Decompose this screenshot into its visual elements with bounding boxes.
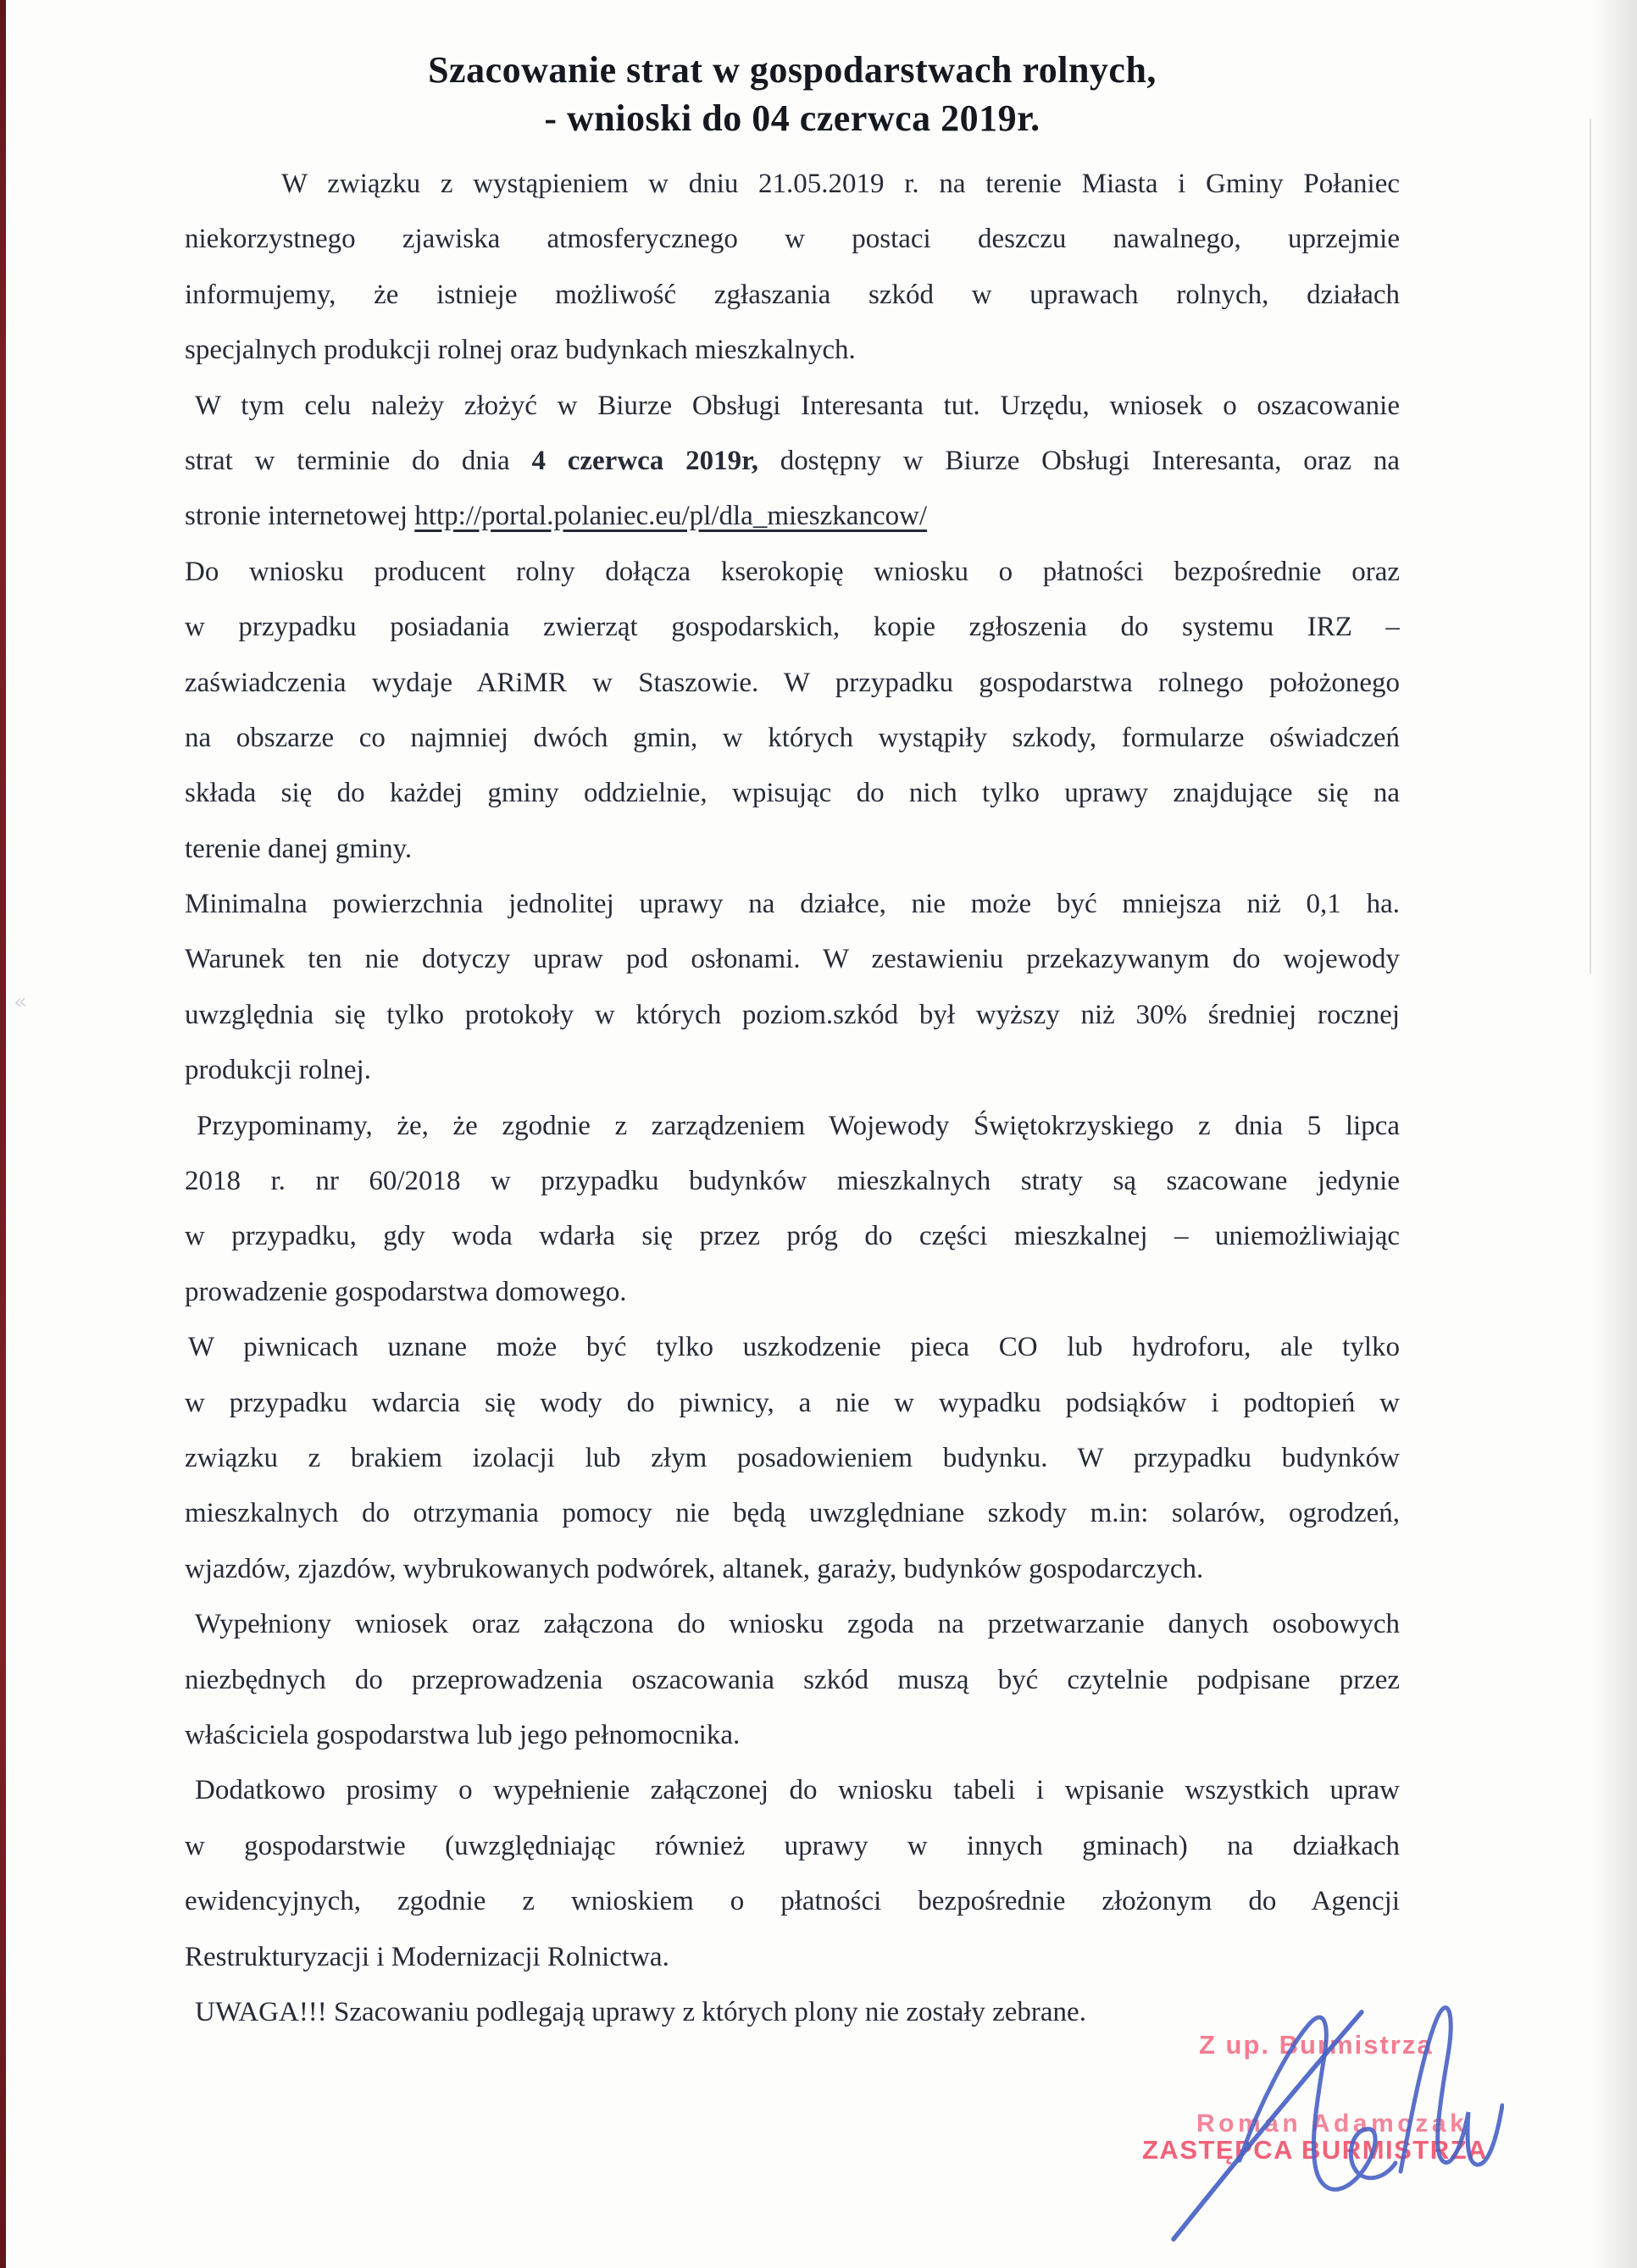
document-line: w przypadku wdarcia się wody do piwnicy,… xyxy=(185,1376,1400,1431)
document-line: ewidencyjnych, zgodnie z wnioskiem o pła… xyxy=(185,1874,1400,1929)
line-text: Dodatkowo prosimy o wypełnienie załączon… xyxy=(195,1775,1400,1805)
line-text: Minimalna powierzchnia jednolitej uprawy… xyxy=(185,889,1400,919)
line-text: stronie internetowej xyxy=(185,501,414,531)
document-line: W piwnicach uznane może być tylko uszkod… xyxy=(185,1320,1400,1375)
document-line: stronie internetowej http://portal.polan… xyxy=(185,489,1400,544)
scanned-document-page: { "title": { "line1": "Szacowanie strat … xyxy=(0,0,1637,2268)
document-title-line1: Szacowanie strat w gospodarstwach rolnyc… xyxy=(185,46,1400,94)
stamp-signer-name: Roman Adamczak xyxy=(1196,2110,1468,2138)
line-text: związku z brakiem izolacji lub złym posa… xyxy=(185,1443,1400,1473)
document-line: uwzględnia się tylko protokoły w których… xyxy=(185,988,1400,1043)
scan-edge-right-line xyxy=(1590,119,1591,974)
document-line: niezbędnych do przeprowadzenia oszacowan… xyxy=(185,1653,1400,1708)
line-text: W piwnicach uznane może być tylko uszkod… xyxy=(188,1332,1400,1362)
deadline-emphasis: 4 czerwca 2019r, xyxy=(531,446,758,476)
scan-edge-right-shadow xyxy=(1591,0,1637,2268)
line-text: w przypadku posiadania zwierząt gospodar… xyxy=(185,612,1400,642)
line-text: wjazdów, zjazdów, wybrukowanych podwórek… xyxy=(185,1554,1203,1584)
document-line: prowadzenie gospodarstwa domowego. xyxy=(185,1265,1400,1320)
document-line: Dodatkowo prosimy o wypełnienie załączon… xyxy=(185,1763,1400,1818)
scan-speck: « xyxy=(12,989,29,1016)
line-text: Przypominamy, że, że zgodnie z zarządzen… xyxy=(197,1111,1400,1141)
document-line: informujemy, że istnieje możliwość zgłas… xyxy=(185,268,1400,323)
scan-edge-left-strip xyxy=(0,0,6,2268)
line-text: w gospodarstwie (uwzględniając również u… xyxy=(185,1831,1400,1861)
document-line: Minimalna powierzchnia jednolitej uprawy… xyxy=(185,877,1400,932)
document-line: na obszarze co najmniej dwóch gmin, w kt… xyxy=(185,711,1400,766)
line-text: UWAGA!!! Szacowaniu podlegają uprawy z k… xyxy=(195,1997,1086,2027)
stamp-delegation: Z up. Burmistrza xyxy=(1199,2030,1434,2060)
line-text: terenie danej gminy. xyxy=(185,834,412,864)
line-text: W związku z wystąpieniem w dniu 21.05.20… xyxy=(281,169,1400,199)
document-line: związku z brakiem izolacji lub złym posa… xyxy=(185,1431,1400,1486)
line-text: prowadzenie gospodarstwa domowego. xyxy=(185,1277,626,1307)
document-line: składa się do każdej gminy oddzielnie, w… xyxy=(185,766,1400,821)
portal-link[interactable]: http://portal.polaniec.eu/pl/dla_mieszka… xyxy=(414,501,927,531)
line-text: dostępny w Biurze Obsługi Interesanta, o… xyxy=(758,446,1400,476)
document-line: strat w terminie do dnia 4 czerwca 2019r… xyxy=(185,434,1400,489)
line-text: strat w terminie do dnia xyxy=(185,446,531,476)
line-text: niezbędnych do przeprowadzenia oszacowan… xyxy=(185,1665,1400,1695)
stamp-signer-position: ZASTĘPCA BURMISTRZA xyxy=(1142,2135,1488,2165)
line-text: specjalnych produkcji rolnej oraz budynk… xyxy=(185,335,856,365)
document-line: Restrukturyzacji i Modernizacji Rolnictw… xyxy=(185,1930,1400,1985)
line-text: uwzględnia się tylko protokoły w których… xyxy=(185,1000,1400,1030)
line-text: niekorzystnego zjawiska atmosferycznego … xyxy=(185,224,1400,254)
document-line: W związku z wystąpieniem w dniu 21.05.20… xyxy=(185,157,1400,212)
document-line: specjalnych produkcji rolnej oraz budynk… xyxy=(185,323,1400,378)
document-line: 2018 r. nr 60/2018 w przypadku budynków … xyxy=(185,1154,1400,1209)
document-title-line2: - wnioski do 04 czerwca 2019r. xyxy=(185,94,1400,142)
line-text: mieszkalnych do otrzymania pomocy nie bę… xyxy=(185,1498,1400,1528)
document-line: W tym celu należy złożyć w Biurze Obsług… xyxy=(185,379,1400,434)
document-line: zaświadczenia wydaje ARiMR w Staszowie. … xyxy=(185,656,1400,711)
line-text: ewidencyjnych, zgodnie z wnioskiem o pła… xyxy=(185,1886,1400,1916)
line-text: Do wniosku producent rolny dołącza ksero… xyxy=(185,557,1400,587)
line-text: produkcji rolnej. xyxy=(185,1055,371,1085)
document-line: wjazdów, zjazdów, wybrukowanych podwórek… xyxy=(185,1542,1400,1597)
line-text: 2018 r. nr 60/2018 w przypadku budynków … xyxy=(185,1166,1400,1196)
document-line: w przypadku posiadania zwierząt gospodar… xyxy=(185,600,1400,655)
document-line: Warunek ten nie dotyczy upraw pod osłona… xyxy=(185,932,1400,987)
document-line: w przypadku, gdy woda wdarła się przez p… xyxy=(185,1209,1400,1264)
document-line: właściciela gospodarstwa lub jego pełnom… xyxy=(185,1708,1400,1763)
document-line: terenie danej gminy. xyxy=(185,822,1400,877)
document-title: Szacowanie strat w gospodarstwach rolnyc… xyxy=(185,46,1400,142)
line-text: Warunek ten nie dotyczy upraw pod osłona… xyxy=(185,944,1400,974)
line-text: właściciela gospodarstwa lub jego pełnom… xyxy=(185,1720,740,1750)
document-line: produkcji rolnej. xyxy=(185,1043,1400,1098)
line-text: składa się do każdej gminy oddzielnie, w… xyxy=(185,778,1400,808)
line-text: na obszarze co najmniej dwóch gmin, w kt… xyxy=(185,723,1400,753)
document-line: w gospodarstwie (uwzględniając również u… xyxy=(185,1819,1400,1874)
document-line: mieszkalnych do otrzymania pomocy nie bę… xyxy=(185,1486,1400,1541)
document-line: Do wniosku producent rolny dołącza ksero… xyxy=(185,545,1400,600)
line-text: Wypełniony wniosek oraz załączona do wni… xyxy=(195,1609,1400,1639)
document-line: Przypominamy, że, że zgodnie z zarządzen… xyxy=(185,1099,1400,1154)
line-text: w przypadku wdarcia się wody do piwnicy,… xyxy=(185,1388,1400,1418)
document-body: W związku z wystąpieniem w dniu 21.05.20… xyxy=(185,157,1400,2040)
line-text: zaświadczenia wydaje ARiMR w Staszowie. … xyxy=(185,668,1400,698)
line-text: Restrukturyzacji i Modernizacji Rolnictw… xyxy=(185,1942,669,1972)
document-line: Wypełniony wniosek oraz załączona do wni… xyxy=(185,1597,1400,1652)
line-text: informujemy, że istnieje możliwość zgłas… xyxy=(185,280,1400,310)
line-text: w przypadku, gdy woda wdarła się przez p… xyxy=(185,1221,1400,1251)
document-line: niekorzystnego zjawiska atmosferycznego … xyxy=(185,212,1400,267)
line-text: W tym celu należy złożyć w Biurze Obsług… xyxy=(195,391,1400,421)
